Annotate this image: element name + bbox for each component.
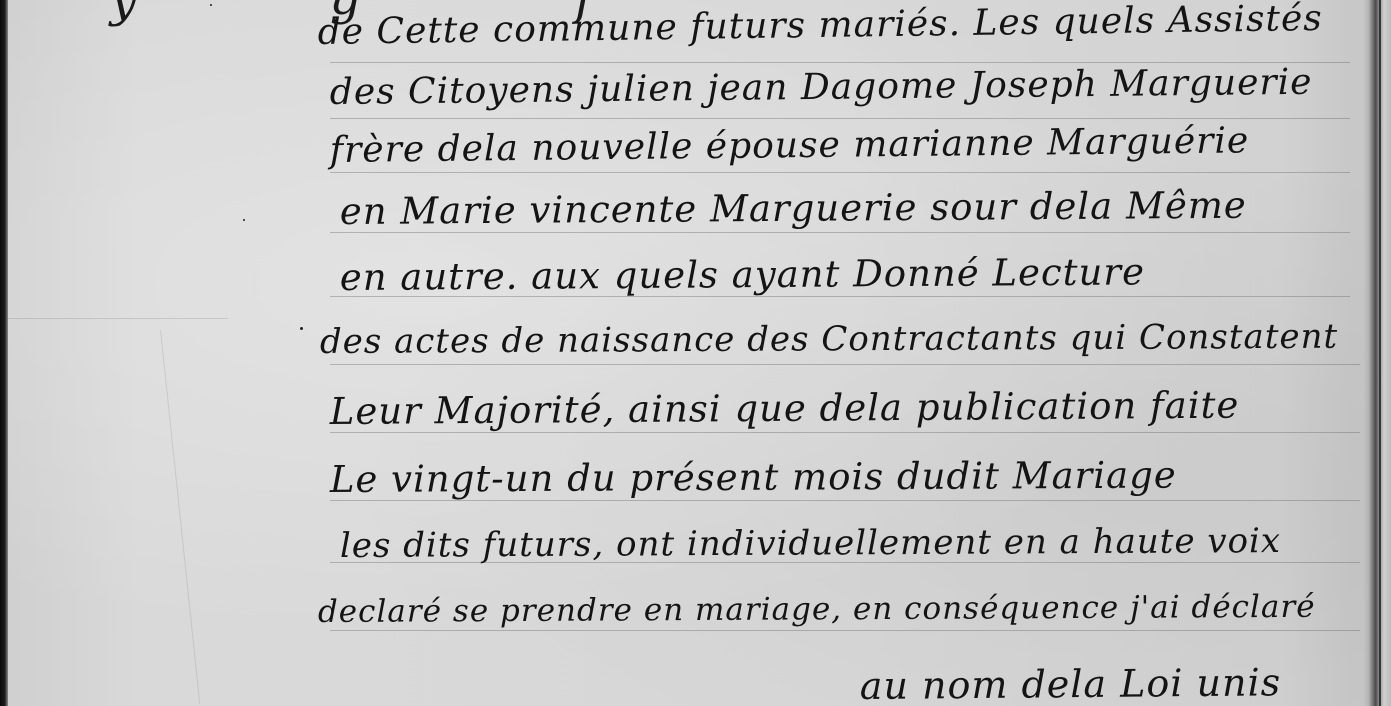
page-edge-right xyxy=(1363,0,1391,706)
text-line-1: de Cette commune futurs mariés. Les quel… xyxy=(317,0,1323,53)
ruled-line xyxy=(330,172,1350,173)
text-line-11: au nom dela Loi unis xyxy=(860,660,1282,706)
document-page: y g f de Cette commune futurs mariés. Le… xyxy=(0,0,1391,706)
ruled-line xyxy=(330,432,1360,433)
binding-edge-left xyxy=(0,0,8,706)
page-edge-shadow xyxy=(1379,0,1381,706)
ruled-line xyxy=(330,232,1350,233)
ink-speck xyxy=(210,4,212,6)
text-line-9: les dits futurs, ont individuellement en… xyxy=(340,521,1281,566)
paper-crease xyxy=(160,330,200,704)
text-line-2: des Citoyens julien jean Dagome Joseph M… xyxy=(330,62,1313,113)
ink-speck xyxy=(243,219,245,221)
text-line-5: en autre. aux quels ayant Donné Lecture xyxy=(340,250,1145,299)
ink-speck xyxy=(300,327,303,330)
text-line-4: en Marie vincente Marguerie sour dela Mê… xyxy=(340,184,1247,233)
cut-off-stroke: y xyxy=(110,0,137,28)
ruled-line xyxy=(330,630,1360,631)
text-line-8: Le vingt-un du présent mois dudit Mariag… xyxy=(330,454,1177,501)
ruled-line xyxy=(330,364,1360,365)
text-line-6: des actes de naissance des Contractants … xyxy=(320,317,1338,362)
text-line-10: declaré se prendre en mariage, en conséq… xyxy=(318,589,1316,630)
ruled-line xyxy=(330,118,1350,119)
text-line-3: frère dela nouvelle épouse marianne Marg… xyxy=(330,120,1250,171)
paper-fold xyxy=(8,318,228,319)
text-line-7: Leur Majorité, ainsi que dela publicatio… xyxy=(330,384,1240,433)
